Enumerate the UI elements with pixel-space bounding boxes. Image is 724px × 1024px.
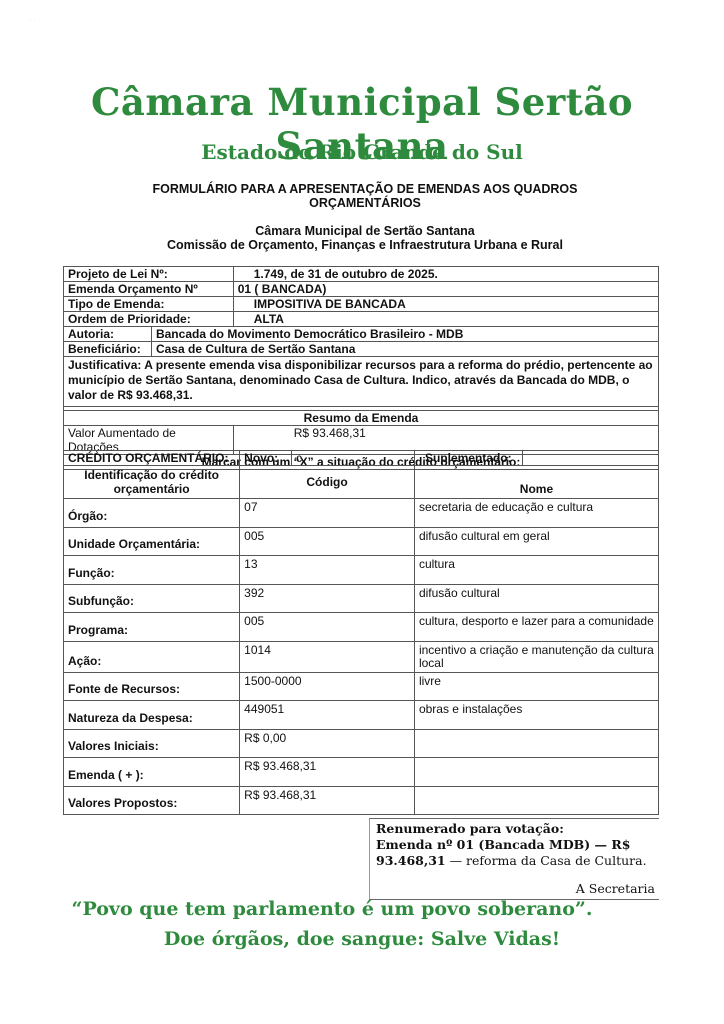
row-emenda: Emenda Orçamento Nº 01 ( BANCADA) (64, 282, 659, 297)
credit-row: Unidade Orçamentária:005difusão cultural… (64, 527, 659, 556)
row-tipo: Tipo de Emenda: IMPOSITIVA DE BANCADA (64, 297, 659, 312)
row-code: 392 (240, 584, 415, 613)
row-code: R$ 0,00 (240, 729, 415, 758)
row-code: 07 (240, 499, 415, 528)
motto-line2: Doe órgãos, doe sangue: Salve Vidas! (0, 928, 724, 950)
beneficiario-label: Beneficiário: (64, 342, 152, 357)
credit-row: Função:13cultura (64, 556, 659, 585)
stamp-description: — reforma da Casa de Cultura. (446, 853, 647, 868)
credit-row: Emenda ( + ):R$ 93.468,31 (64, 758, 659, 787)
row-label: Ação: (64, 641, 240, 672)
credit-row: Fonte de Recursos:1500-0000livre (64, 672, 659, 701)
credit-table: CRÉDITO ORÇAMENTÁRIO: Novo: c Suplementa… (63, 450, 659, 815)
credito-label: CRÉDITO ORÇAMENTÁRIO: (64, 451, 240, 466)
projeto-value: 1.749, de 31 de outubro de 2025. (233, 267, 658, 282)
row-code: 1014 (240, 641, 415, 672)
header-identificacao: Identificação do crédito orçamentário (64, 466, 240, 499)
row-name (414, 786, 658, 815)
row-beneficiario: Beneficiário: Casa de Cultura de Sertão … (64, 342, 659, 357)
row-code: 449051 (240, 701, 415, 730)
row-label: Fonte de Recursos: (64, 672, 240, 701)
motto-line1: “Povo que tem parlamento é um povo sober… (0, 898, 724, 920)
credit-row: Valores Propostos:R$ 93.468,31 (64, 786, 659, 815)
credit-header-row: Identificação do crédito orçamentário Có… (64, 466, 659, 499)
organization-block: Câmara Municipal de Sertão Santana Comis… (150, 224, 580, 252)
stamp-body: Emenda nº 01 (Bancada MDB) — R$ 93.468,3… (376, 837, 659, 869)
row-label: Emenda ( + ): (64, 758, 240, 787)
credit-row: Ação:1014incentivo a criação e manutençã… (64, 641, 659, 672)
credit-row: Programa:005cultura, desporto e lazer pa… (64, 613, 659, 642)
row-label: Valores Iniciais: (64, 729, 240, 758)
scan-artifact: · · (30, 17, 36, 23)
amendment-info-table: Projeto de Lei Nº: 1.749, de 31 de outub… (63, 266, 659, 470)
form-title-line2: ORÇAMENTÁRIOS (150, 196, 580, 210)
emenda-value: 01 ( BANCADA) (233, 282, 658, 297)
row-name: secretaria de educação e cultura (414, 499, 658, 528)
autoria-value: Bancada do Movimento Democrático Brasile… (151, 327, 658, 342)
row-name: incentivo a criação e manutenção da cult… (414, 641, 658, 672)
novo-field[interactable]: c (291, 451, 414, 466)
row-code: 005 (240, 613, 415, 642)
renumbering-stamp: Renumerado para votação: Emenda nº 01 (B… (369, 818, 659, 900)
row-label: Programa: (64, 613, 240, 642)
row-label: Órgão: (64, 499, 240, 528)
row-name: cultura (414, 556, 658, 585)
form-title-line1: FORMULÁRIO PARA A APRESENTAÇÃO DE EMENDA… (150, 182, 580, 196)
justificativa-text: Justificativa: A presente emenda visa di… (64, 357, 659, 407)
emenda-label: Emenda Orçamento Nº (64, 282, 234, 297)
row-name: difusão cultural em geral (414, 527, 658, 556)
state-subtitle: Estado do Rio Grande do Sul (0, 140, 724, 164)
tipo-value: IMPOSITIVA DE BANCADA (233, 297, 658, 312)
header-nome: Nome (414, 466, 658, 499)
credit-row: Órgão:07secretaria de educação e cultura (64, 499, 659, 528)
committee-name: Comissão de Orçamento, Finanças e Infrae… (150, 238, 580, 252)
row-code: R$ 93.468,31 (240, 758, 415, 787)
row-projeto: Projeto de Lei Nº: 1.749, de 31 de outub… (64, 267, 659, 282)
row-resumo-title: Resumo da Emenda (64, 411, 659, 426)
autoria-label: Autoria: (64, 327, 152, 342)
form-title: FORMULÁRIO PARA A APRESENTAÇÃO DE EMENDA… (150, 182, 580, 210)
suplementado-field[interactable] (522, 451, 658, 466)
suplementado-label: Suplementado: (414, 451, 522, 466)
row-autoria: Autoria: Bancada do Movimento Democrátic… (64, 327, 659, 342)
ordem-label: Ordem de Prioridade: (64, 312, 234, 327)
novo-label: Novo: (240, 451, 292, 466)
credit-row: Subfunção:392difusão cultural (64, 584, 659, 613)
stamp-signature: A Secretaria (576, 881, 655, 897)
ordem-value: ALTA (233, 312, 658, 327)
row-name: cultura, desporto e lazer para a comunid… (414, 613, 658, 642)
org-name: Câmara Municipal de Sertão Santana (150, 224, 580, 238)
row-name (414, 758, 658, 787)
credit-row: Valores Iniciais:R$ 0,00 (64, 729, 659, 758)
row-label: Valores Propostos: (64, 786, 240, 815)
credit-rows: Órgão:07secretaria de educação e cultura… (64, 499, 659, 815)
header-codigo: Código (240, 466, 415, 499)
beneficiario-value: Casa de Cultura de Sertão Santana (151, 342, 658, 357)
row-justificativa: Justificativa: A presente emenda visa di… (64, 357, 659, 407)
row-code: 005 (240, 527, 415, 556)
row-code: R$ 93.468,31 (240, 786, 415, 815)
row-code: 1500-0000 (240, 672, 415, 701)
row-ordem: Ordem de Prioridade: ALTA (64, 312, 659, 327)
tipo-label: Tipo de Emenda: (64, 297, 234, 312)
row-label: Função: (64, 556, 240, 585)
row-name (414, 729, 658, 758)
row-name: livre (414, 672, 658, 701)
row-label: Natureza da Despesa: (64, 701, 240, 730)
row-credito: CRÉDITO ORÇAMENTÁRIO: Novo: c Suplementa… (64, 451, 659, 466)
row-code: 13 (240, 556, 415, 585)
credit-row: Natureza da Despesa:449051obras e instal… (64, 701, 659, 730)
resumo-title: Resumo da Emenda (64, 411, 659, 426)
row-name: difusão cultural (414, 584, 658, 613)
projeto-label: Projeto de Lei Nº: (64, 267, 234, 282)
row-name: obras e instalações (414, 701, 658, 730)
stamp-heading: Renumerado para votação: (376, 821, 659, 837)
row-label: Subfunção: (64, 584, 240, 613)
row-label: Unidade Orçamentária: (64, 527, 240, 556)
